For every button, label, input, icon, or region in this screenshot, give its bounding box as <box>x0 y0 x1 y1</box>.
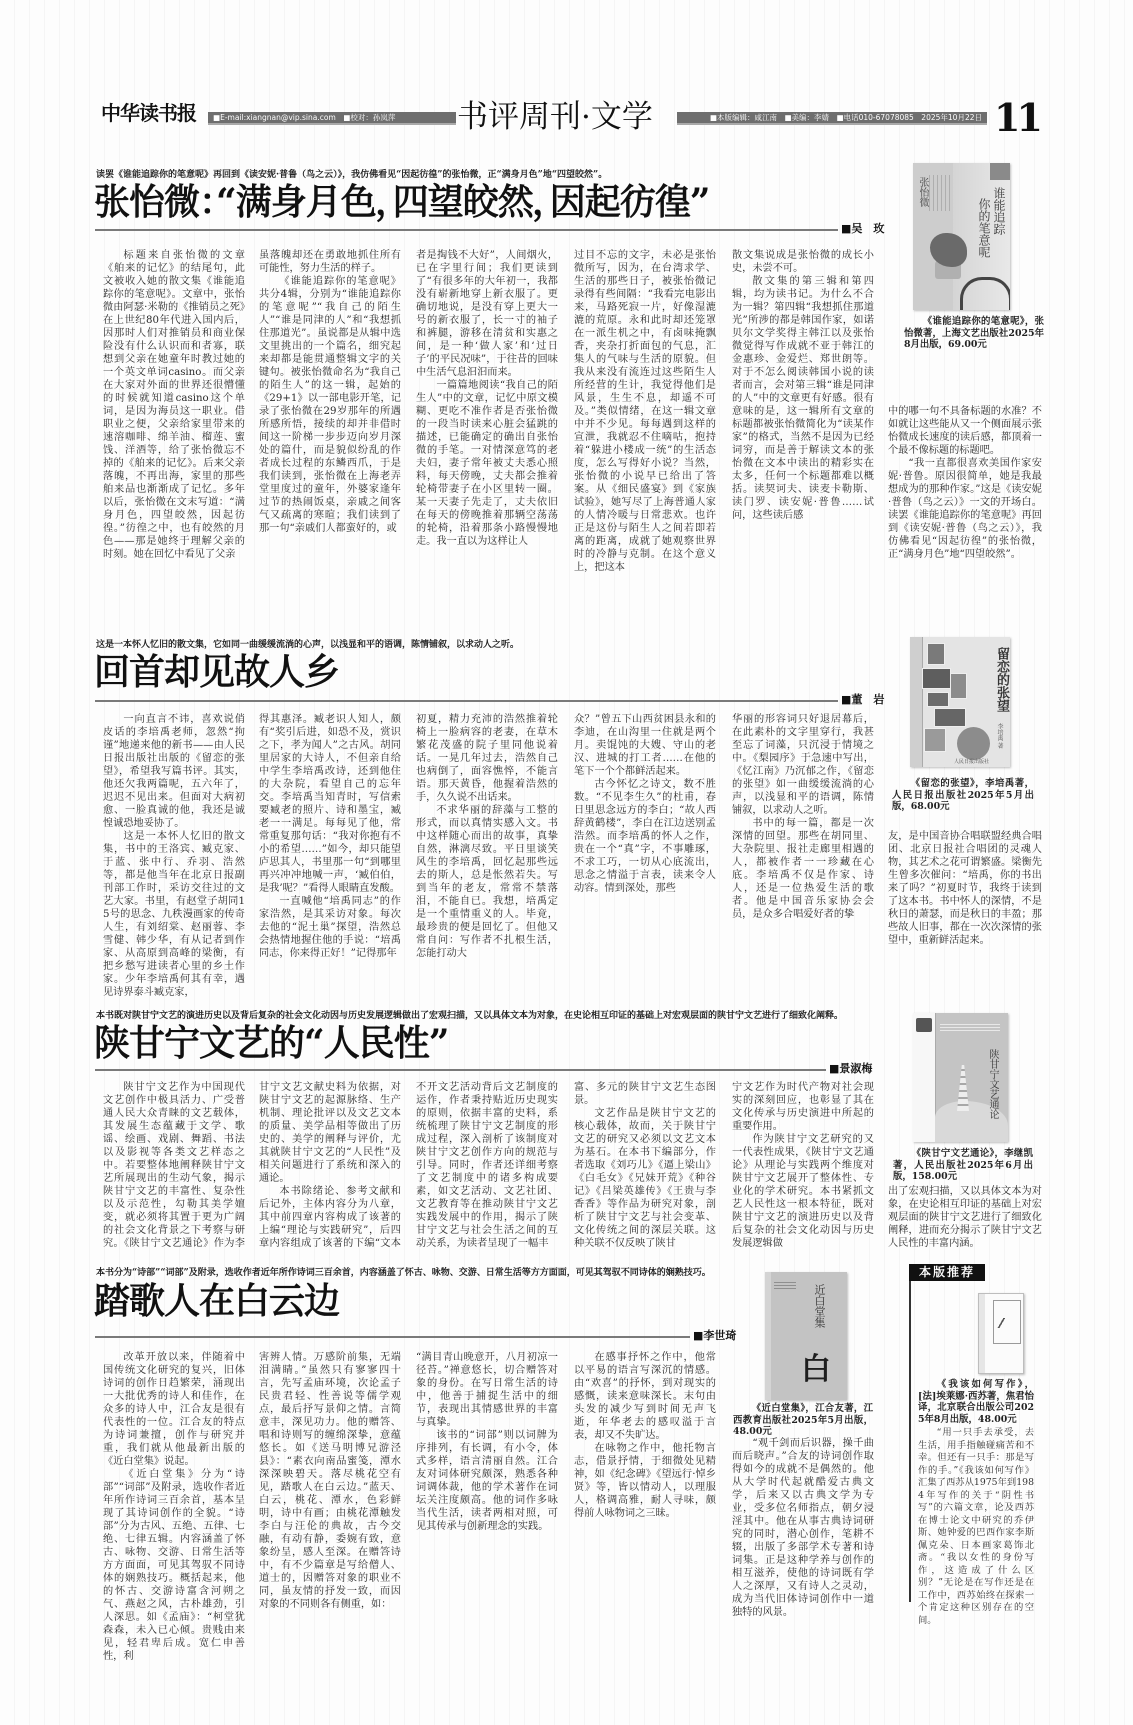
cover-title-line-1: 谁能追踪 <box>991 187 1008 235</box>
cover-spine <box>913 1013 936 1142</box>
paragraph: 不求华丽的辞藻与工整的形式，而以真情实感入文。书中这样随心而出的故事，真挚自然，… <box>416 804 558 960</box>
cover-text-lines <box>929 175 951 211</box>
article-headline: 张怡微：“满身月色，四望皎然，因起彷徨” <box>94 182 709 222</box>
book-cover-image: 留恋的张望 李培禹 著 人民日报出版社 <box>910 637 1010 767</box>
cover-glyph: 白 <box>801 1354 831 1386</box>
article-column: 标题来自张怡微的文章《舶来的记忆》的结尾句，此文被收入她的散文集《谁能追踪你的笔… <box>103 249 245 600</box>
paragraph: “我一直都很喜欢美国作家安妮·普鲁。原因很简单，她是我最想成为的那种作家。”这是… <box>888 457 1042 561</box>
paragraph: 友，是中国音协合唱联盟经典合唱团、北京日报社合唱团的灵魂人物，其艺术之花可谓繁盛… <box>888 830 1042 947</box>
article-column: 虽落魄却还在勇敢地抓住所有可能性，努力生活的样子。《谁能追踪你的笔意呢》共分4辑… <box>259 249 401 600</box>
article-deck: 本书既对陕甘宁文艺的演进历史以及背后复杂的社会文化动因与历史发展逻辑做出了宏观扫… <box>96 1011 843 1022</box>
article-column: 友，是中国音协合唱联盟经典合唱团、北京日报社合唱团的灵魂人物，其艺术之花可谓繁盛… <box>888 830 1042 999</box>
contact-bar-text: ■E-mail:xiangnan@vip.sina.com ■校对：孙岚萍 <box>208 113 400 122</box>
book-caption: 《陕甘宁文艺通论》，李继凯著，人民出版社2025年6月出版，158.00元 <box>893 1148 1033 1183</box>
book-caption: 《我该如何写作》，[法]埃莱娜·西苏著，焦君怡译，北京联合出版公司2025年8月… <box>918 1379 1034 1425</box>
headline-rule <box>95 700 838 702</box>
paragraph: 古今怀忆之诗文，数不胜数。“不见李生久”的杜甫，春日里思念远方的李白；“故人西辞… <box>574 778 716 895</box>
book-cover-image: 张怡微 谁能追踪 你的笔意呢 <box>913 163 1010 310</box>
author-byline: ■李世琦 <box>693 1329 736 1343</box>
paragraph: 散文集说成是张怡微的成长小史，未尝不可。 <box>732 249 874 275</box>
paragraph: 在咏物之作中，他托物言志，借景抒情，于细微处见精神，如《纪念碑》《望远行·悼乡贤… <box>574 1442 716 1520</box>
article-headline: 踏歌人在白云边 <box>94 1281 339 1321</box>
paragraph: 一篇篇地阅读“我自己的陌生人”中的文章，记忆中原文模糊、更吃不准作者是否张怡微的… <box>416 379 558 548</box>
article-column: 不开文艺活动背后文艺制度的运作，作者秉持贴近历史现实的原则，依据丰富的史料，系统… <box>416 1081 558 1250</box>
cover-slash-mark <box>997 1318 1007 1328</box>
cover-author: 张怡微 <box>915 177 930 207</box>
article-deck: 本书分为“诗部”“词部”及附录，选收作者近年所作诗词三百余首，内容涵盖了怀古、咏… <box>96 1268 711 1279</box>
paragraph: 在感事抒怀之作中，他常以平易的语言写深沉的情感。由“欢喜”的抒怀，到对现实的感慨… <box>574 1351 716 1442</box>
paragraph: 改革开放以来，伴随着中国传统文化研究的复兴，旧体诗词的创作日趋繁荣，涌现出一大批… <box>103 1351 245 1468</box>
cover-series-text <box>940 1022 1000 1031</box>
paragraph: 虽落魄却还在勇敢地抓住所有可能性，努力生活的样子。 <box>259 249 401 275</box>
article-column: 在感事抒怀之作中，他常以平易的语言写深沉的情感。由“欢喜”的抒怀，到对现实的感慨… <box>574 1351 716 1702</box>
cover-title-line-2: 你的笔意呢 <box>976 198 993 258</box>
article-column: 害辨人情。万感阶前集，无端泪满睛。”虽然只有寥寥四十言，先写孟庙环境，次论孟子民… <box>259 1351 401 1702</box>
cover-photo <box>927 643 945 665</box>
cover-photo <box>927 692 949 707</box>
paragraph: 这是一本怀人忆旧的散文集，书中的王洛宾、臧克家、于蓝、张中行、乔羽、浩然等，都是… <box>103 830 245 999</box>
paragraph: 宁文艺作为时代产物对社会现实的深刻回应，也彰显了其在文化传承与历史演进中所起的重… <box>732 1081 874 1133</box>
paragraph: 中的哪一句不具备标题的水准？不如就让这些能从又一个侧面展示张怡微成长速度的读后感… <box>888 405 1042 457</box>
article-column: 中的哪一句不具备标题的水准？不如就让这些能从又一个侧面展示张怡微成长速度的读后感… <box>888 405 1042 600</box>
cover-publisher: 人民日报出版社 <box>954 758 989 765</box>
paragraph: 一直喊他“培禹同志”的作家浩然，是其采访对象。每次去他的“泥土巢”探望，浩然总会… <box>259 895 401 960</box>
article-column: 甘宁文艺文献史料为依据，对陕甘宁文艺的起源脉络、生产机制、理论批评以及文艺文本的… <box>259 1081 401 1250</box>
author-byline: ■景淑梅 <box>829 1062 872 1076</box>
book-caption: 《近白堂集》，江合友著，江西教育出版社2025年5月出版，48.00元 <box>733 1403 873 1438</box>
article-column: 一向直言不讳，喜欢说俏皮话的李培禹老师，忽然“拘谨”地递来他的新书——由人民日报… <box>103 713 245 999</box>
contact-bar: ■E-mail:xiangnan@vip.sina.com ■校对：孙岚萍 <box>208 112 456 125</box>
cover-photo <box>924 728 946 752</box>
cover-small-text <box>774 1281 796 1289</box>
paragraph: 者是掏钱不大好”，人间烟火，已在字里行间；我们更读到了“有很多年的大年初一，我都… <box>416 249 558 379</box>
paragraph: “观千剑而后识器，操千曲而后晓声。”合友的诗词创作取得如今的成就不是偶然的。他从… <box>732 1437 874 1619</box>
book-caption: 《谁能追踪你的笔意呢》，张怡微著，上海文艺出版社2025年8月出版，69.00元 <box>904 316 1044 351</box>
cover-author: 李培禹 著 <box>995 723 1004 749</box>
paragraph: 甘宁文艺文献史料为依据，对陕甘宁文艺的起源脉络、生产机制、理论批评以及文艺文本的… <box>259 1081 401 1185</box>
paragraph: 《近白堂集》分为“诗部”“词部”及附录，选收作者近年所作诗词三百余首，基本呈现了… <box>103 1468 245 1663</box>
paragraph: “满目青山晚意开，八月初凉一径苔。”禅意悠长，切合赠答对象的身份。在写日常生活的… <box>416 1351 558 1429</box>
paragraph: 文艺作品是陕甘宁文艺的核心载体，故而，关于陕甘宁文艺的研究又必须以文艺文本为基石… <box>574 1107 716 1250</box>
cover-chair-shape <box>960 277 1010 310</box>
article-column: 散文集说成是张怡微的成长小史，未尝不可。散文集的第三辑和第四辑，均为读书记。为什… <box>732 249 874 600</box>
headline-rule <box>95 229 838 231</box>
article-column: “满目青山晚意开，八月初凉一径苔。”禅意悠长，切合赠答对象的身份。在写日常生活的… <box>416 1351 558 1702</box>
cover-spine <box>765 1272 771 1400</box>
paragraph: 陕甘宁文艺作为中国现代文艺创作中极具活力、广受普通人民大众青睐的文艺载体，其发展… <box>103 1081 245 1250</box>
paragraph: 一向直言不讳，喜欢说俏皮话的李培禹老师，忽然“拘谨”地递来他的新书——由人民日报… <box>103 713 245 830</box>
book-cover-image <box>978 1293 1024 1374</box>
article-column: 初夏，精力充沛的浩然推着轮椅上一脸病容的老妻，在草木繁花茂盛的院子里同他说着话。… <box>416 713 558 999</box>
paragraph: 《谁能追踪你的笔意呢》共分4辑，分别为“谁能追踪你的笔意呢”“我自己的陌生人”“… <box>259 275 401 535</box>
book-caption: 《留恋的张望》，李培禹著，人民日报出版社2025年5月出版，68.00元 <box>892 778 1034 813</box>
article-column: 得其惠泽。臧老识人知人，颇有“奖引后进，如恐不及，赏识之下，孝为闻人”之古风。胡… <box>259 713 401 999</box>
paragraph: 散文集的第三辑和第四辑，均为读书记。为什么不合为一辑？第四辑“我想抓住那道光”所… <box>732 275 874 522</box>
article-column: 富、多元的陕甘宁文艺生态图景。文艺作品是陕甘宁文艺的核心载体，故而，关于陕甘宁文… <box>574 1081 716 1250</box>
paragraph: 华丽的形容词只好退居幕后，在此素朴的文字里穿行，我甚至忘了词藻，只沉浸于情境之中… <box>732 713 874 817</box>
article-column: “观千剑而后识器，操千曲而后晓声。”合友的诗词创作取得如今的成就不是偶然的。他从… <box>732 1437 874 1702</box>
info-bar: ■本版编辑：咸江南 ■美编：李婧 ■电话010-67078085 2025年10… <box>677 112 987 125</box>
recommendation-border <box>909 1264 911 1602</box>
cover-spine <box>979 1294 985 1373</box>
paragraph: 众？”曾五下山西贫困县永和的李迪，在山沟里一住就是两个月。卖馄饨的大嫂、守山的老… <box>574 713 716 778</box>
recommendation-label: 本版推荐 <box>909 1264 985 1281</box>
paragraph: 初夏，精力充沛的浩然推着轮椅上一脸病容的老妻，在草木繁花茂盛的院子里同他说着话。… <box>416 713 558 804</box>
info-bar-text: ■本版编辑：咸江南 ■美编：李婧 ■电话010-67078085 2025年10… <box>705 113 987 122</box>
article-deck: 读罢《谁能追踪你的笔意呢》再回到《读安妮·普鲁（鸟之云）》，我仿佛看见“因起彷徨… <box>96 170 607 181</box>
paragraph: 标题来自张怡微的文章《舶来的记忆》的结尾句，此文被收入她的散文集《谁能追踪你的笔… <box>103 249 245 561</box>
paragraph: 出了宏观扫描，又以具体文本为对象，在史论相互印证的基础上对宏观层面的陕甘宁文艺进… <box>888 1185 1042 1250</box>
paragraph: 作为陕甘宁文艺研究的又一代表性成果，《陕甘宁文艺通论》从理论与实践两个维度对陕甘… <box>732 1133 874 1250</box>
cover-badge <box>957 727 990 760</box>
paragraph: 害辨人情。万感阶前集，无端泪满睛。”虽然只有寥寥四十言，先写孟庙环境，次论孟子民… <box>259 1351 401 1611</box>
section-title: 书评周刊·文学 <box>457 99 653 135</box>
book-cover-image: 近白堂集 白 <box>765 1272 847 1400</box>
paragraph: 富、多元的陕甘宁文艺生态图景。 <box>574 1081 716 1107</box>
article-column: 出了宏观扫描，又以具体文本为对象，在史论相互印证的基础上对宏观层面的陕甘宁文艺进… <box>888 1185 1042 1250</box>
cover-photo <box>934 708 966 727</box>
paragraph: 本书除绪论、参考文献和后记外，主体内容分为八章，其中前四章内容构成了该著的上编“… <box>259 1185 401 1250</box>
paragraph: 该书的“词部”则以词牌为序排列，有长调，有小令，体式多样，语言清丽自然。江合友对… <box>416 1429 558 1533</box>
article-headline: 回首却见故人乡 <box>94 652 339 692</box>
paragraph: 不开文艺活动背后文艺制度的运作，作者秉持贴近历史现实的原则，依据丰富的史料，系统… <box>416 1081 558 1250</box>
article-column: 华丽的形容词只好退居幕后，在此素朴的文字里穿行，我甚至忘了词藻，只沉浸于情境之中… <box>732 713 874 999</box>
author-byline: ■董 岩 <box>841 693 884 707</box>
cover-title: 陕甘宁文艺通论 <box>985 1049 1000 1119</box>
headline-rule <box>95 1069 826 1071</box>
page-number: 11 <box>994 97 1039 139</box>
article-column: 众？”曾五下山西贫困县永和的李迪，在山沟里一住就是两个月。卖馄饨的大嫂、守山的老… <box>574 713 716 999</box>
recommendation-text: “用一只手去承受，去生活，用手指触碰痛苦和不幸。但还有一只手：那是写作的手。”《… <box>918 1427 1034 1627</box>
cover-photo <box>950 673 967 699</box>
cover-title: 近白堂集 <box>811 1284 827 1328</box>
cover-title: 留恋的张望 <box>992 647 1010 712</box>
newspaper-page: 中华读书报 ■E-mail:xiangnan@vip.sina.com ■校对：… <box>0 0 1133 1725</box>
newspaper-logo: 中华读书报 <box>101 100 196 126</box>
article-column: 陕甘宁文艺作为中国现代文艺创作中极具活力、广受普通人民大众青睐的文艺载体，其发展… <box>103 1081 245 1250</box>
article-column: 过目不忘的文字，未必是张怡微所写，因为，在台湾求学、生活的那些日子，被张怡微记录… <box>574 249 716 600</box>
cover-photo <box>922 668 951 689</box>
article-column: 宁文艺作为时代产物对社会现实的深刻回应，也彰显了其在文化传承与历史演进中所起的重… <box>732 1081 874 1250</box>
cover-pagoda-shape <box>957 1065 969 1111</box>
paragraph: 书中的每一篇，都是一次深情的回望。那些在胡同里、大杂院里、报社走廊里相遇的人，都… <box>732 817 874 921</box>
paragraph: 得其惠泽。臧老识人知人，颇有“奖引后进，如恐不及，赏识之下，孝为闻人”之古风。胡… <box>259 713 401 895</box>
cover-spine-logo <box>916 1018 932 1032</box>
book-cover-image: 陕甘宁文艺通论 <box>913 1013 1008 1142</box>
cover-spine <box>910 637 923 767</box>
article-deck: 这是一本怀人忆旧的散文集，它如同一曲缓缓流淌的心声，以浅显和平的语调，陈情铺叙，… <box>96 640 519 651</box>
headline-rule <box>95 1336 690 1338</box>
article-column: 者是掏钱不大好”，人间烟火，已在字里行间；我们更读到了“有很多年的大年初一，我都… <box>416 249 558 600</box>
author-byline: ■吴 玫 <box>841 222 884 236</box>
cover-block-shape <box>990 163 1010 180</box>
article-headline: 陕甘宁文艺的“人民性” <box>94 1023 448 1063</box>
article-column: 改革开放以来，伴随着中国传统文化研究的复兴，旧体诗词的创作日趋繁荣，涌现出一大批… <box>103 1351 245 1702</box>
paragraph: 过目不忘的文字，未必是张怡微所写，因为，在台湾求学、生活的那些日子，被张怡微记录… <box>574 249 716 574</box>
